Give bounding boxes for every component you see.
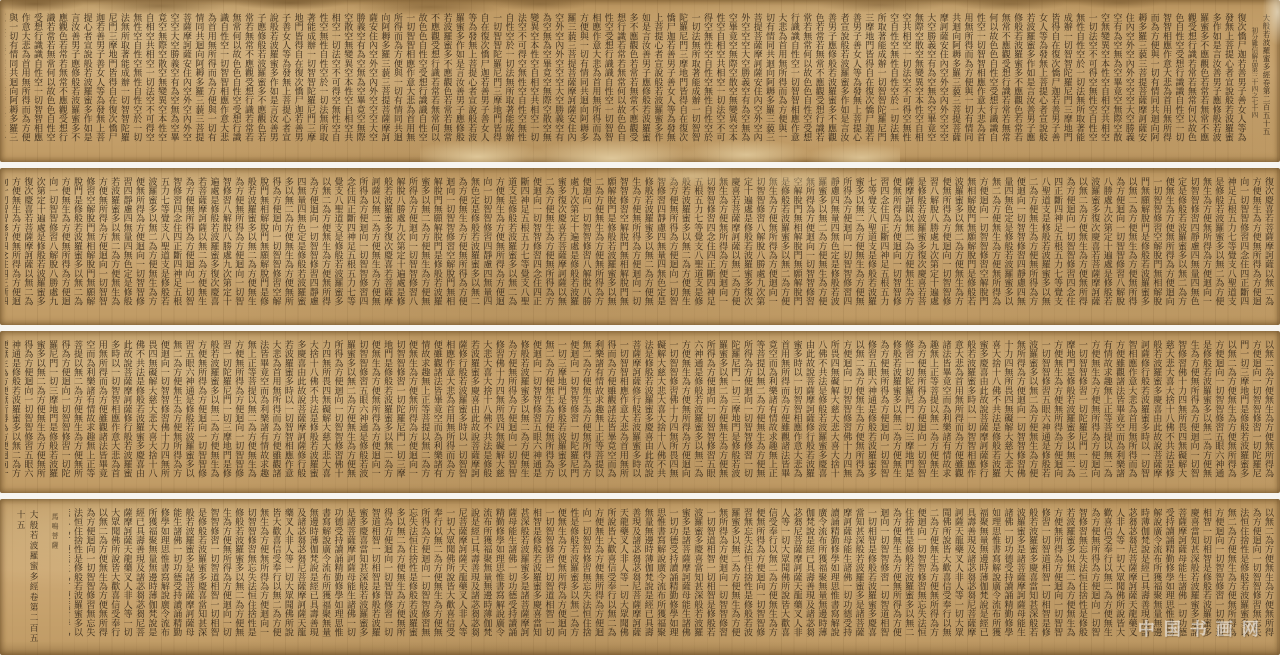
strip-2-content: 復次慶喜若菩薩摩訶薩以無二為方便無生為方便無所得為方便迴向一切智智修習四念住四正…: [0, 168, 1280, 325]
scroll-strip-1: 復次憍尸迦若善男子善女人等為發無上菩提心者宣說般若波羅蜜多作如是言汝善男子應修般…: [0, 0, 1280, 162]
site-watermark: 中国书画网: [1138, 615, 1268, 640]
scroll-strip-4: 大般若波羅蜜多經卷第二百五十五 馬鳴菩薩 以無二為方便無生為方便無所得為方便迴向…: [0, 499, 1280, 655]
strip-1-content: 復次憍尸迦若善男子善女人等為發無上菩提心者宣說般若波羅蜜多作如是言汝善男子應修般…: [0, 0, 1280, 162]
strip-3-body-text: 以無二為方便無生為方便無所得為方便迴向一切智智修習一切陀羅尼門一切三摩地門是修般…: [5, 340, 1275, 481]
sutra-scroll-photo: { "scroll": { "start_title": "大般若波羅蜜多經卷第…: [0, 0, 1280, 655]
scroll-strip-2: 復次慶喜若菩薩摩訶薩以無二為方便無生為方便無所得為方便迴向一切智智修習四念住四正…: [0, 168, 1280, 325]
strip-4-body-text: 以無二為方便無生為方便無所得為方便迴向一切智智修習無忘失法恒住捨性是修般若波羅蜜…: [69, 508, 1275, 643]
chapter-heading: 初分難信解品第三十四之七十四: [1250, 13, 1259, 162]
scroll-start-title: 大般若波羅蜜多經卷第二百五十五: [1262, 13, 1273, 151]
strip-3-content: 以無二為方便無生為方便無所得為方便迴向一切智智修習一切陀羅尼門一切三摩地門是修般…: [0, 331, 1280, 493]
strip-2-body-text: 復次慶喜若菩薩摩訶薩以無二為方便無生為方便無所得為方便迴向一切智智修習四念住四正…: [5, 177, 1275, 313]
scroll-end-title: 大般若波羅蜜多經卷第二百五十五: [14, 508, 40, 645]
strip-4-content: 大般若波羅蜜多經卷第二百五十五 馬鳴菩薩 以無二為方便無生為方便無所得為方便迴向…: [0, 499, 1280, 655]
colophon-note: 馬鳴菩薩: [49, 508, 60, 648]
scroll-strip-3: 以無二為方便無生為方便無所得為方便迴向一切智智修習一切陀羅尼門一切三摩地門是修般…: [0, 331, 1280, 493]
strip-1-body-text: 復次憍尸迦若善男子善女人等為發無上菩提心者宣說般若波羅蜜多作如是言汝善男子應修般…: [5, 13, 1247, 150]
